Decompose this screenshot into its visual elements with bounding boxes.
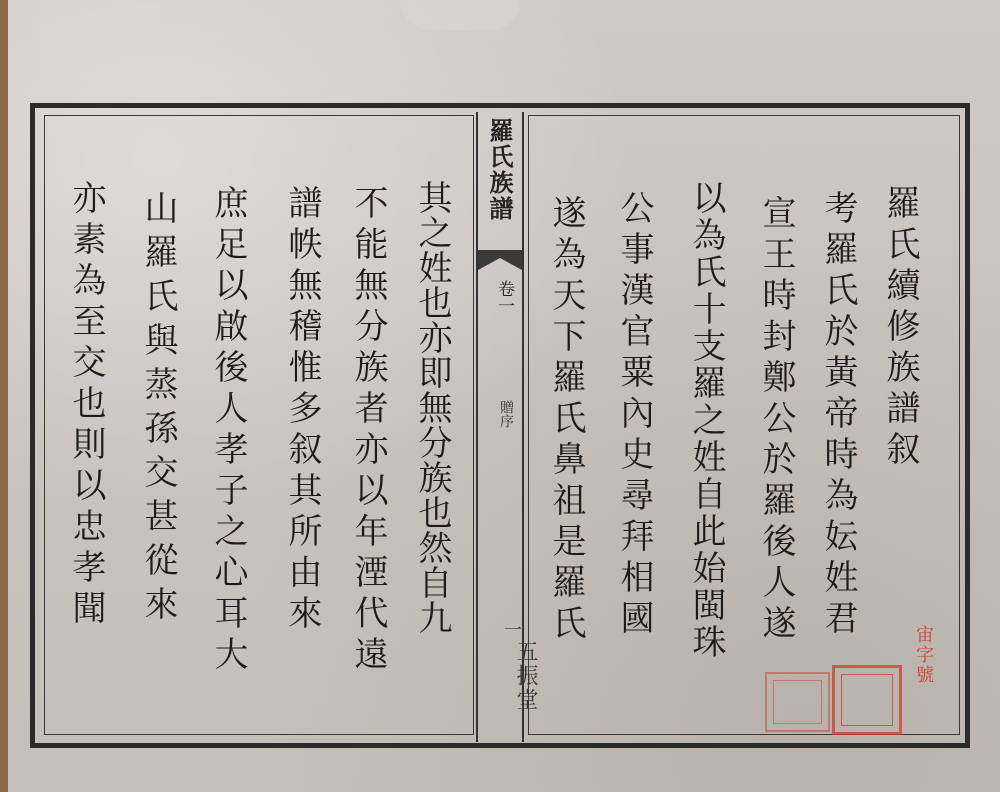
text-column-l6: 亦素為至交也則以忠孝聞 [66,180,106,631]
red-seal-large [832,665,902,735]
book-title: 羅氏族譜 [480,118,518,222]
text-column-r6: 遂為天下羅氏鼻祖是羅氏 [546,195,586,646]
red-seal-small [765,672,830,732]
seal-label: 宙字號 [910,625,936,685]
section-label: 贈序 [496,400,516,428]
hall-name: 五振堂 [510,640,541,712]
text-column-r1: 羅氏續修族譜叙 [880,185,920,472]
text-column-r4: 以為氏十支羅之姓自此始閩珠 [686,180,726,661]
text-column-l4: 庶足以啟後人孝子之心耳大 [208,185,248,677]
text-column-r5: 公事漢官粟內史尋拜相國 [614,190,654,641]
text-column-l2: 不能無分族者亦以年湮代遠 [348,185,388,677]
page-number: 一 [498,620,524,638]
volume-label: 卷一 [492,280,517,314]
paper-tear-top [400,0,520,30]
text-column-l5: 山羅氏與蒸孫交甚從來 [138,190,178,630]
text-column-r3: 宣王時封鄭公於羅後人遂 [756,195,796,646]
left-page-inner-border [44,115,474,735]
text-column-l1: 其之姓也亦即無分族也然自九 [412,180,452,635]
text-column-r2: 考羅氏於黃帝時為妘姓君 [818,190,858,641]
text-column-l3: 譜帙無稽惟多叙其所由來 [282,185,322,636]
